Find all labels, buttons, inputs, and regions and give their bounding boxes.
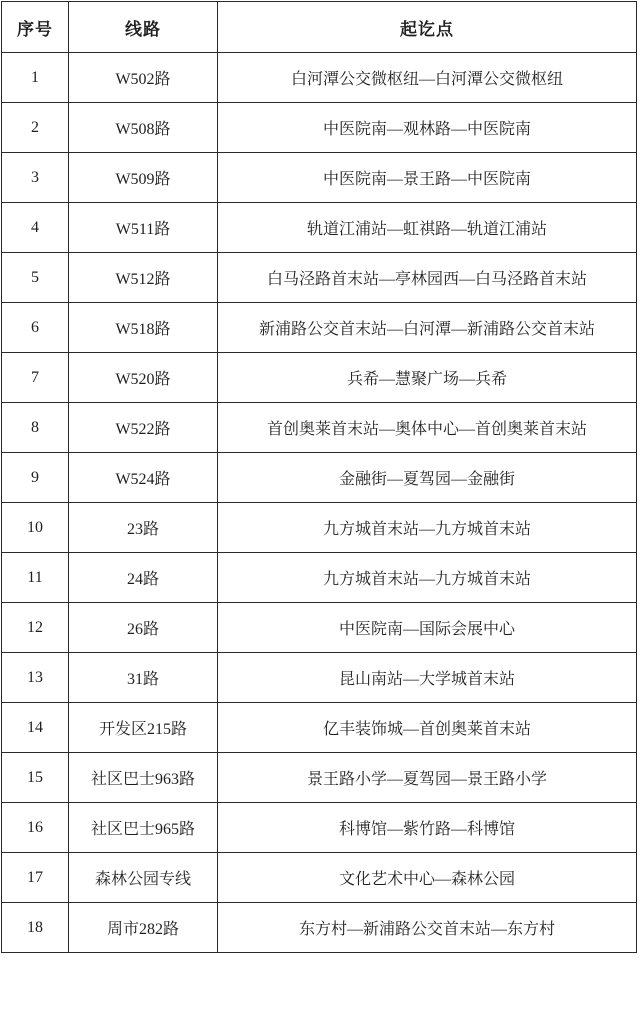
cell-endpoints: 中医院南—景王路—中医院南: [218, 153, 637, 203]
cell-line: 24路: [69, 553, 218, 603]
cell-line: 社区巴士965路: [69, 803, 218, 853]
table-body: 1W502路白河潭公交微枢纽—白河潭公交微枢纽2W508路中医院南—观林路—中医…: [2, 53, 637, 953]
table-row: 2W508路中医院南—观林路—中医院南: [2, 103, 637, 153]
cell-line: 森林公园专线: [69, 853, 218, 903]
cell-line: W508路: [69, 103, 218, 153]
cell-line: W512路: [69, 253, 218, 303]
table-row: 1W502路白河潭公交微枢纽—白河潭公交微枢纽: [2, 53, 637, 103]
header-endpoints: 起讫点: [218, 2, 637, 53]
cell-endpoints: 东方村—新浦路公交首末站—东方村: [218, 903, 637, 953]
cell-endpoints: 亿丰装饰城—首创奥莱首末站: [218, 703, 637, 753]
cell-index: 16: [2, 803, 69, 853]
cell-index: 3: [2, 153, 69, 203]
cell-index: 8: [2, 403, 69, 453]
table-row: 1226路中医院南—国际会展中心: [2, 603, 637, 653]
cell-line: W509路: [69, 153, 218, 203]
cell-endpoints: 文化艺术中心—森林公园: [218, 853, 637, 903]
cell-index: 1: [2, 53, 69, 103]
table-row: 16社区巴士965路科博馆—紫竹路—科博馆: [2, 803, 637, 853]
cell-endpoints: 兵希—慧聚广场—兵希: [218, 353, 637, 403]
cell-endpoints: 九方城首末站—九方城首末站: [218, 503, 637, 553]
cell-endpoints: 中医院南—国际会展中心: [218, 603, 637, 653]
table-row: 1331路昆山南站—大学城首末站: [2, 653, 637, 703]
table-row: 7W520路兵希—慧聚广场—兵希: [2, 353, 637, 403]
cell-index: 12: [2, 603, 69, 653]
header-index: 序号: [2, 2, 69, 53]
cell-index: 14: [2, 703, 69, 753]
cell-line: 31路: [69, 653, 218, 703]
table-row: 3W509路中医院南—景王路—中医院南: [2, 153, 637, 203]
table-row: 5W512路白马泾路首末站—亭林园西—白马泾路首末站: [2, 253, 637, 303]
cell-line: 周市282路: [69, 903, 218, 953]
cell-index: 18: [2, 903, 69, 953]
cell-line: W520路: [69, 353, 218, 403]
cell-index: 6: [2, 303, 69, 353]
cell-endpoints: 白马泾路首末站—亭林园西—白马泾路首末站: [218, 253, 637, 303]
cell-index: 17: [2, 853, 69, 903]
cell-index: 11: [2, 553, 69, 603]
cell-endpoints: 金融街—夏驾园—金融街: [218, 453, 637, 503]
header-line: 线路: [69, 2, 218, 53]
cell-index: 5: [2, 253, 69, 303]
cell-endpoints: 九方城首末站—九方城首末站: [218, 553, 637, 603]
header-row: 序号 线路 起讫点: [2, 2, 637, 53]
cell-index: 7: [2, 353, 69, 403]
cell-line: W522路: [69, 403, 218, 453]
cell-endpoints: 景王路小学—夏驾园—景王路小学: [218, 753, 637, 803]
cell-endpoints: 中医院南—观林路—中医院南: [218, 103, 637, 153]
cell-endpoints: 轨道江浦站—虹祺路—轨道江浦站: [218, 203, 637, 253]
cell-line: W518路: [69, 303, 218, 353]
table-row: 8W522路首创奥莱首末站—奥体中心—首创奥莱首末站: [2, 403, 637, 453]
cell-index: 15: [2, 753, 69, 803]
cell-line: W524路: [69, 453, 218, 503]
table-row: 18周市282路东方村—新浦路公交首末站—东方村: [2, 903, 637, 953]
cell-endpoints: 新浦路公交首末站—白河潭—新浦路公交首末站: [218, 303, 637, 353]
table-row: 15社区巴士963路景王路小学—夏驾园—景王路小学: [2, 753, 637, 803]
table-row: 17森林公园专线文化艺术中心—森林公园: [2, 853, 637, 903]
cell-line: W502路: [69, 53, 218, 103]
cell-endpoints: 昆山南站—大学城首末站: [218, 653, 637, 703]
bus-route-table: 序号 线路 起讫点 1W502路白河潭公交微枢纽—白河潭公交微枢纽2W508路中…: [1, 1, 637, 953]
cell-endpoints: 首创奥莱首末站—奥体中心—首创奥莱首末站: [218, 403, 637, 453]
table-row: 9W524路金融街—夏驾园—金融街: [2, 453, 637, 503]
table-row: 1023路九方城首末站—九方城首末站: [2, 503, 637, 553]
cell-index: 4: [2, 203, 69, 253]
cell-line: 社区巴士963路: [69, 753, 218, 803]
cell-line: 26路: [69, 603, 218, 653]
cell-index: 13: [2, 653, 69, 703]
table-row: 1124路九方城首末站—九方城首末站: [2, 553, 637, 603]
cell-line: 开发区215路: [69, 703, 218, 753]
table-header: 序号 线路 起讫点: [2, 2, 637, 53]
cell-line: W511路: [69, 203, 218, 253]
cell-index: 10: [2, 503, 69, 553]
cell-endpoints: 科博馆—紫竹路—科博馆: [218, 803, 637, 853]
cell-endpoints: 白河潭公交微枢纽—白河潭公交微枢纽: [218, 53, 637, 103]
bus-route-table-container: 序号 线路 起讫点 1W502路白河潭公交微枢纽—白河潭公交微枢纽2W508路中…: [1, 1, 636, 953]
table-row: 4W511路轨道江浦站—虹祺路—轨道江浦站: [2, 203, 637, 253]
table-row: 14开发区215路亿丰装饰城—首创奥莱首末站: [2, 703, 637, 753]
cell-index: 2: [2, 103, 69, 153]
cell-line: 23路: [69, 503, 218, 553]
table-row: 6W518路新浦路公交首末站—白河潭—新浦路公交首末站: [2, 303, 637, 353]
cell-index: 9: [2, 453, 69, 503]
